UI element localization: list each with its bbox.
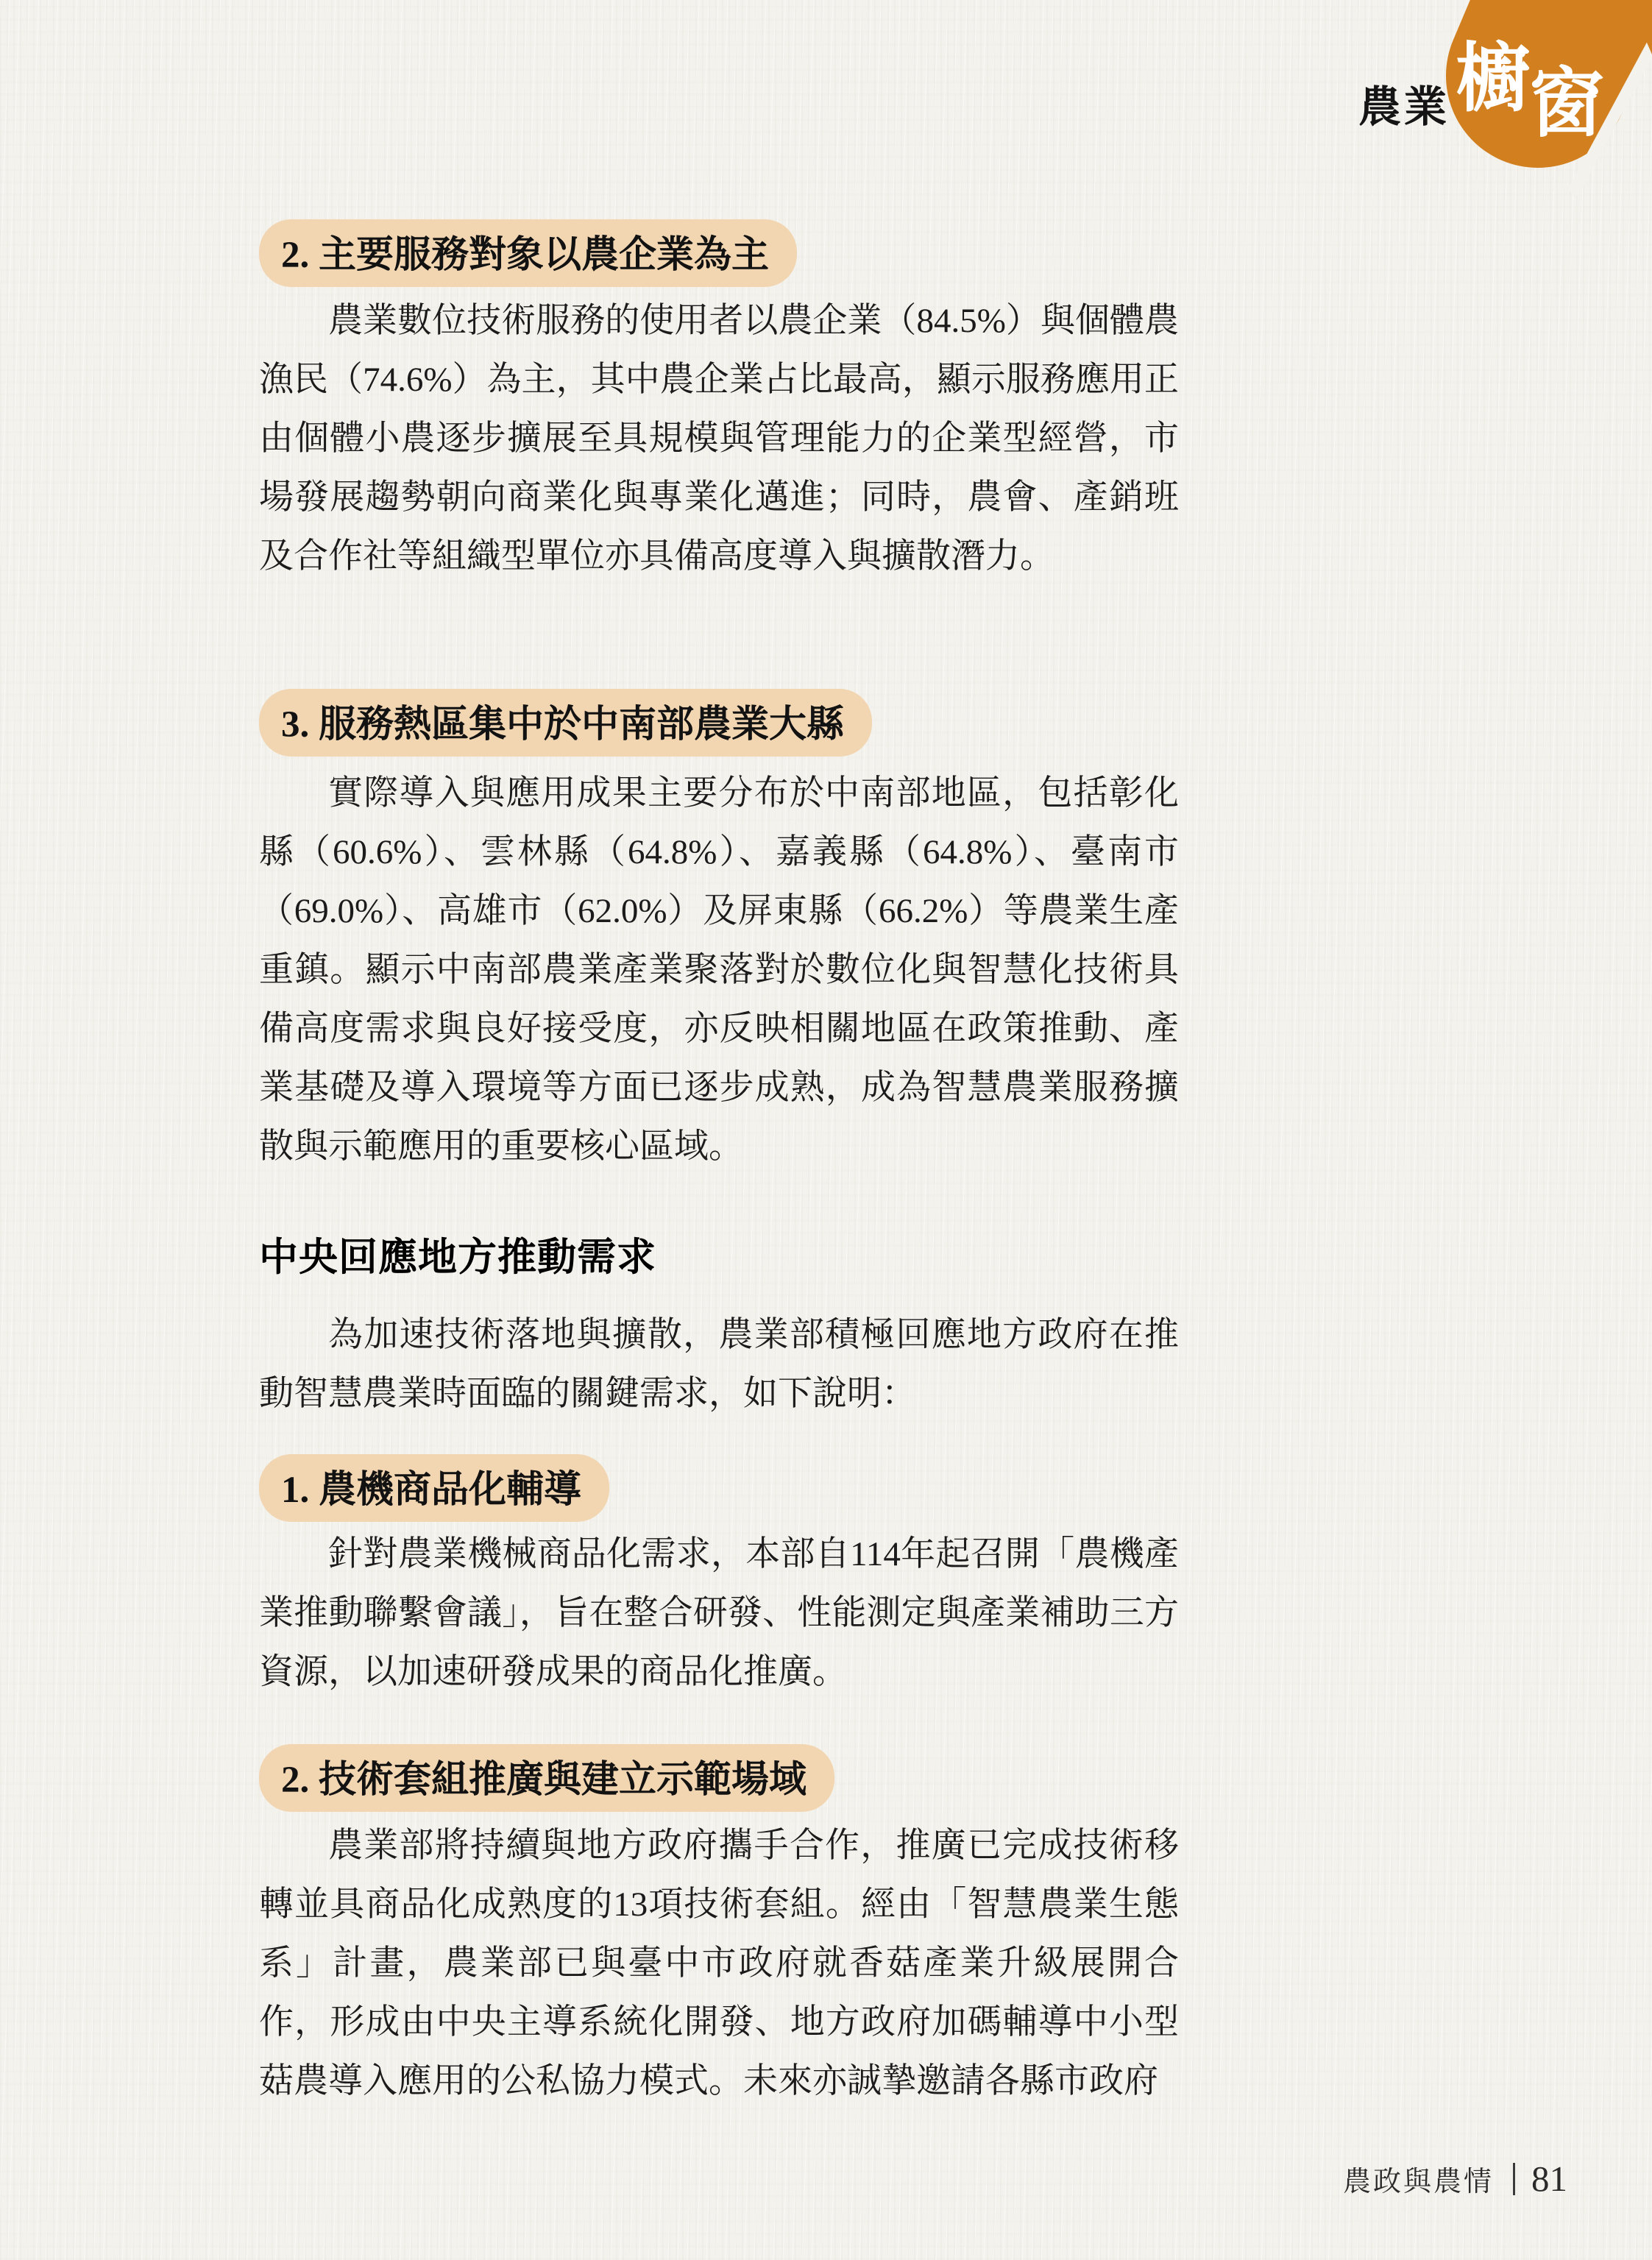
section-3-body: 實際導入與應用成果主要分布於中南部地區，包括彰化縣（60.6%）、雲林縣（64.… xyxy=(259,764,1179,1176)
central-response-heading: 中央回應地方推動需求 xyxy=(259,1226,1179,1282)
section-2-body-wrap: 農業數位技術服務的使用者以農企業（84.5%）與個體農漁民（74.6%）為主，其… xyxy=(259,291,1179,586)
need-2-heading-wrap: 2. 技術套組推廣與建立示範場域 xyxy=(259,1744,1179,1812)
need-1-body-wrap: 針對農業機械商品化需求，本部自114年起召開「農機產業推動聯繫會議」，旨在整合研… xyxy=(259,1525,1179,1701)
magazine-page: 農業 櫥 窗 2. 主要服務對象以農企業為主 農業數位技術服務的使用者以農企業（… xyxy=(0,0,1652,2260)
central-intro-wrap: 為加速技術落地與擴散，農業部積極回應地方政府在推動智慧農業時面臨的關鍵需求，如下… xyxy=(259,1306,1179,1423)
section-2-heading: 2. 主要服務對象以農企業為主 xyxy=(259,219,797,287)
need-2-body-wrap: 農業部將持續與地方政府攜手合作，推廣已完成技術移轉並具商品化成熟度的13項技術套… xyxy=(259,1816,1179,2111)
need-2-body: 農業部將持續與地方政府攜手合作，推廣已完成技術移轉並具商品化成熟度的13項技術套… xyxy=(259,1816,1179,2111)
showcase-character-1: 櫥 xyxy=(1456,43,1531,118)
showcase-character-2: 窗 xyxy=(1529,68,1604,143)
need-1-heading: 1. 農機商品化輔導 xyxy=(259,1454,609,1522)
page-footer: 農政與農情 81 xyxy=(1343,2158,1567,2200)
central-intro: 為加速技術落地與擴散，農業部積極回應地方政府在推動智慧農業時面臨的關鍵需求，如下… xyxy=(259,1306,1179,1423)
need-2-heading: 2. 技術套組推廣與建立示範場域 xyxy=(259,1744,834,1812)
need-1-body: 針對農業機械商品化需求，本部自114年起召開「農機產業推動聯繫會議」，旨在整合研… xyxy=(259,1525,1179,1701)
section-2-heading-wrap: 2. 主要服務對象以農企業為主 xyxy=(259,219,1179,287)
brand-text: 農業 xyxy=(1358,72,1450,134)
journal-name: 農政與農情 xyxy=(1343,2158,1494,2199)
section-3-heading: 3. 服務熱區集中於中南部農業大縣 xyxy=(259,689,872,757)
section-2-body: 農業數位技術服務的使用者以農企業（84.5%）與個體農漁民（74.6%）為主，其… xyxy=(259,291,1179,586)
need-1-heading-wrap: 1. 農機商品化輔導 xyxy=(259,1454,1179,1522)
section-3-body-wrap: 實際導入與應用成果主要分布於中南部地區，包括彰化縣（60.6%）、雲林縣（64.… xyxy=(259,764,1179,1176)
footer-divider xyxy=(1513,2163,1515,2195)
section-3-heading-wrap: 3. 服務熱區集中於中南部農業大縣 xyxy=(259,689,1179,757)
page-number: 81 xyxy=(1531,2158,1567,2200)
